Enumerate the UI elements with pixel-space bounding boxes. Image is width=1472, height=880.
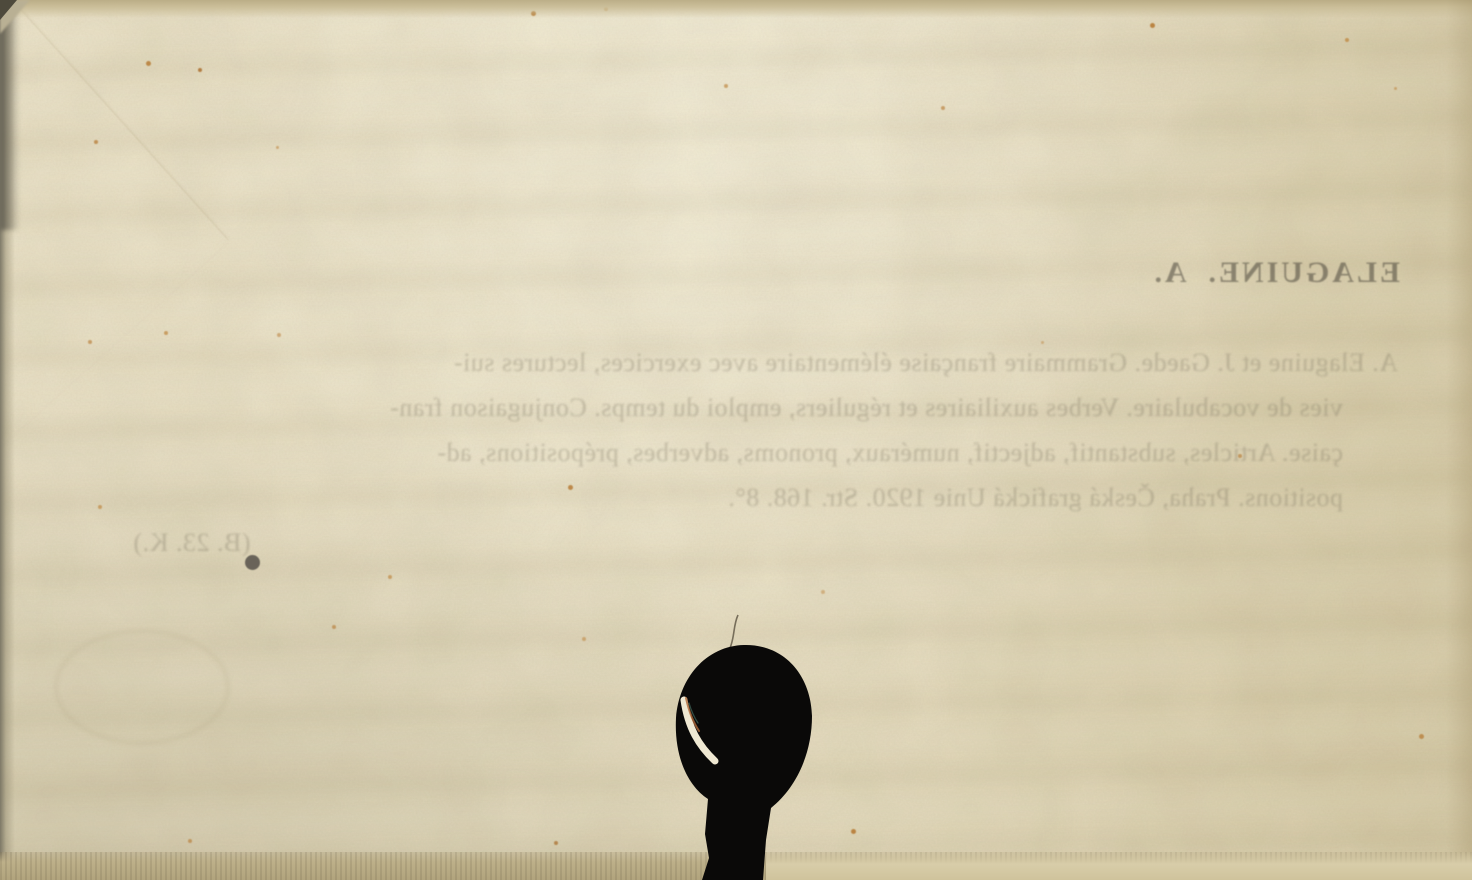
- keyhole-cutout: [0, 0, 1472, 880]
- catalog-card-scan: ELAGUINE. A. A. Elaguine et J. Gaede. Gr…: [0, 0, 1472, 880]
- crack-line: [730, 615, 738, 648]
- keyhole-shape: [676, 645, 812, 880]
